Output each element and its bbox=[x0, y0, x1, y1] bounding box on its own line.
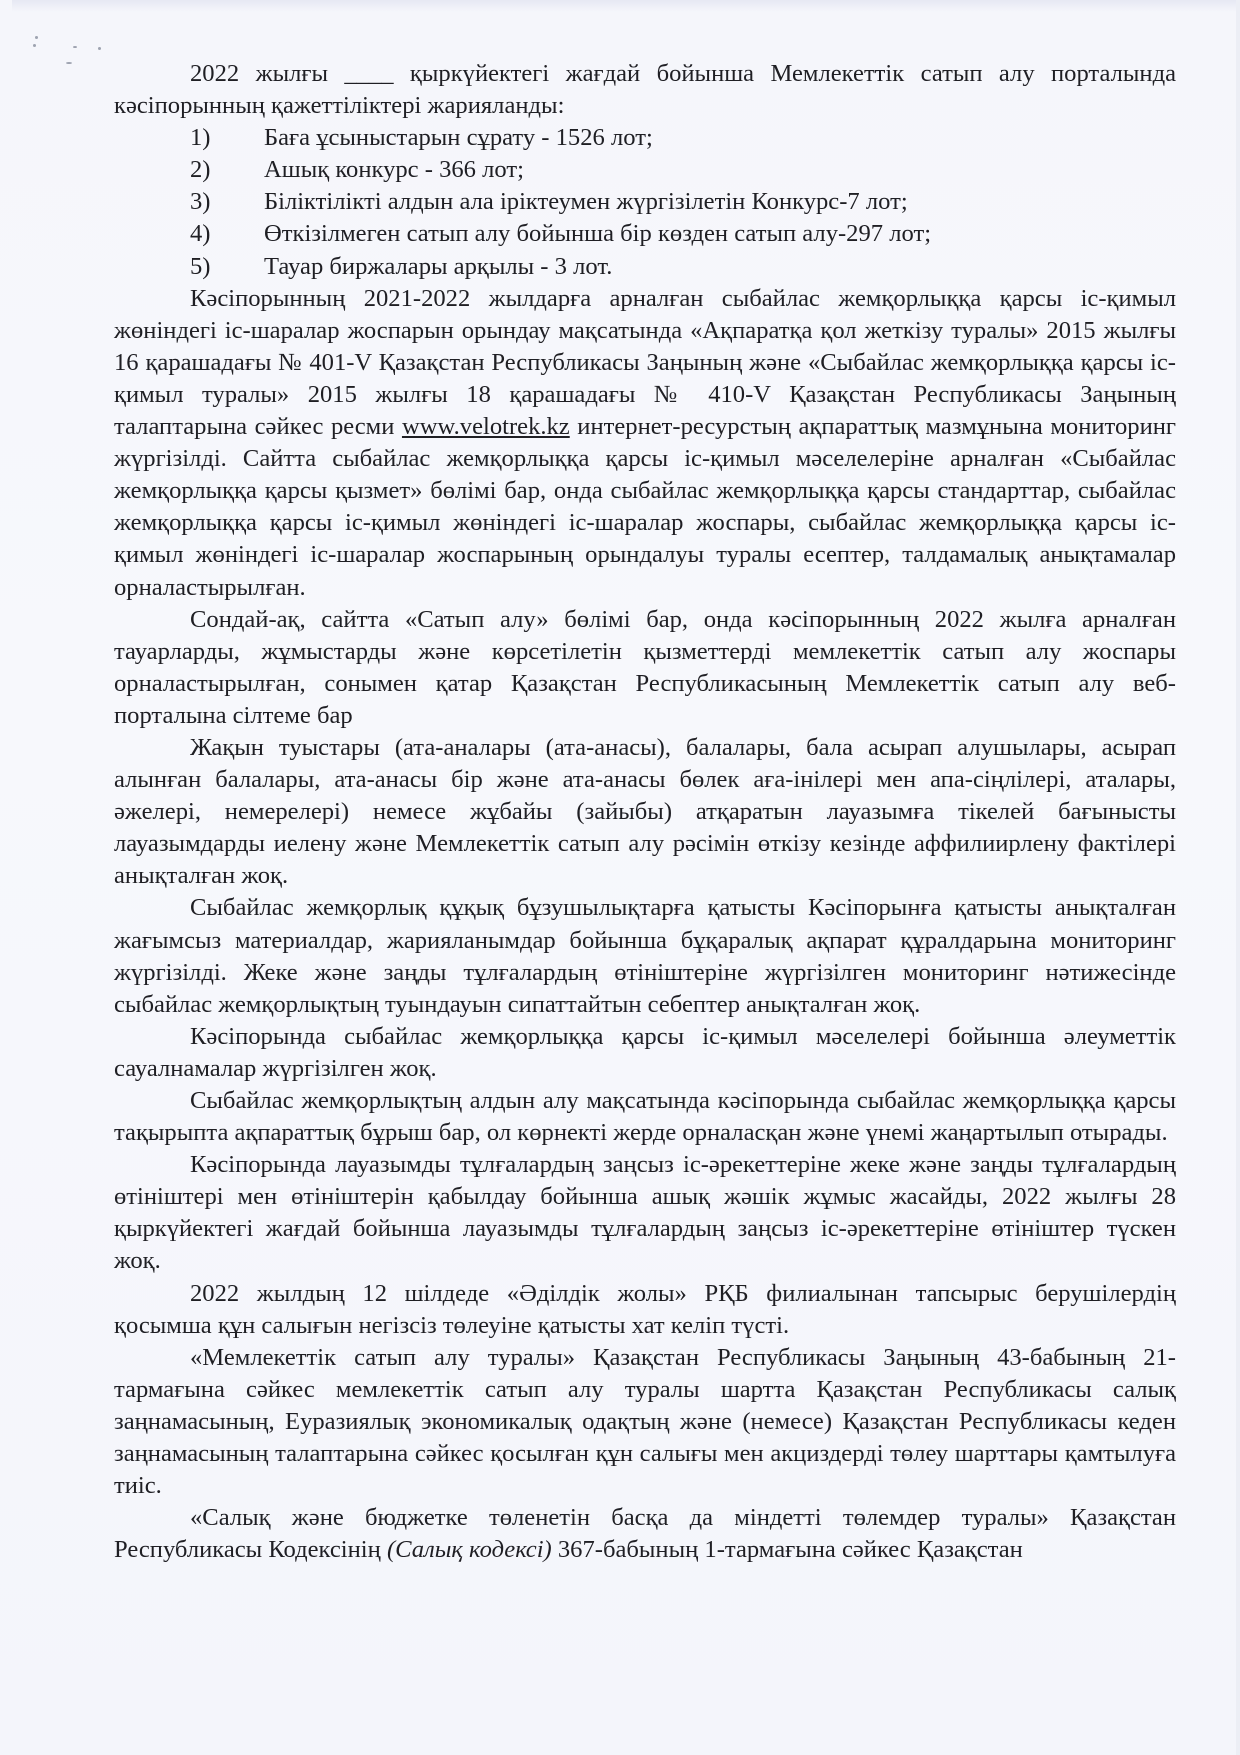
tax-code-reference: (Салық кодексі) bbox=[387, 1536, 552, 1563]
scan-right-edge bbox=[1236, 0, 1240, 1755]
list-item: 4)Өткізілмеген сатып алу бойынша бір көз… bbox=[114, 218, 1176, 250]
list-item: 2)Ашық конкурс - 366 лот; bbox=[114, 154, 1176, 186]
procurement-list: 1)Баға ұсыныстарын сұрату - 1526 лот; 2)… bbox=[114, 122, 1176, 282]
scan-specks bbox=[28, 30, 108, 70]
paragraph: Жақын туыстары (ата-аналары (ата-анасы),… bbox=[114, 732, 1176, 892]
website-link[interactable]: www.velotrek.kz bbox=[402, 413, 570, 440]
scan-top-edge bbox=[12, 0, 1240, 12]
list-item: 3)Біліктілікті алдын ала іріктеумен жүрг… bbox=[114, 186, 1176, 218]
document-body: 2022 жылғы ____ қыркүйектегі жағдай бойы… bbox=[114, 58, 1176, 1566]
paragraph: Сыбайлас жемқорлық құқық бұзушылықтарға … bbox=[114, 892, 1176, 1020]
paragraph: Кәсіпорында лауазымды тұлғалардың заңсыз… bbox=[114, 1149, 1176, 1277]
paragraph: «Мемлекеттік сатып алу туралы» Қазақстан… bbox=[114, 1342, 1176, 1502]
paragraph: Кәсіпорында сыбайлас жемқорлыққа қарсы і… bbox=[114, 1021, 1176, 1085]
intro-paragraph: 2022 жылғы ____ қыркүйектегі жағдай бойы… bbox=[114, 58, 1176, 122]
paragraph: Сондай-ақ, сайтта «Сатып алу» бөлімі бар… bbox=[114, 604, 1176, 732]
paragraph: Сыбайлас жемқорлықтың алдын алу мақсатын… bbox=[114, 1085, 1176, 1149]
paragraph: 2022 жылдың 12 шілдеде «Әділдік жолы» РҚ… bbox=[114, 1278, 1176, 1342]
scanned-document-page: 2022 жылғы ____ қыркүйектегі жағдай бойы… bbox=[0, 0, 1240, 1755]
monitoring-paragraph: Кәсіпорынның 2021-2022 жылдарға арналған… bbox=[114, 283, 1176, 604]
list-item: 1)Баға ұсыныстарын сұрату - 1526 лот; bbox=[114, 122, 1176, 154]
date-blank: ____ bbox=[344, 60, 393, 87]
list-item: 5)Тауар биржалары арқылы - 3 лот. bbox=[114, 251, 1176, 283]
tax-code-paragraph: «Салық және бюджетке төленетін басқа да … bbox=[114, 1502, 1176, 1566]
